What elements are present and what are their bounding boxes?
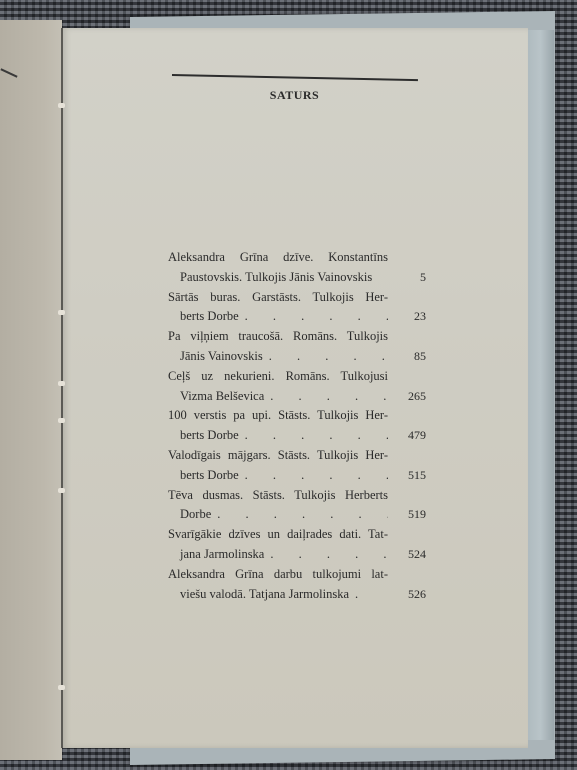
toc-entry-title: Pa viļņiem traucošā. Romāns. Tulkojis — [168, 327, 388, 347]
toc-entry-title: Ceļš uz nekurieni. Romāns. Tulkojusi — [168, 367, 388, 387]
leader-dots: . . . . . . . . . — [239, 307, 388, 327]
toc-entry-title: Aleksandra Grīna dzīve. Konstantīns — [168, 248, 388, 268]
toc-page-number: 85 — [396, 347, 426, 367]
leader-dots: . . . . . . . . . . — [211, 505, 388, 525]
toc-page-number: 479 — [396, 426, 426, 446]
toc-page-number: 515 — [396, 466, 426, 486]
binding-stitch — [58, 488, 65, 493]
toc-entry-title: Svarīgākie dzīves un daiļrades dati. Tat… — [168, 525, 388, 545]
toc-entry-title: Sārtās buras. Garstāsts. Tulkojis Her- — [168, 288, 388, 308]
toc-page-number: 519 — [396, 505, 426, 525]
binding-stitch — [58, 685, 65, 690]
toc-entry: Aleksandra Grīna darbu tulkojumi lat- vi… — [168, 565, 388, 605]
binding-stitch — [58, 310, 65, 315]
binding-stitch — [58, 103, 65, 108]
binding-stitch — [58, 381, 65, 386]
toc-entry: Pa viļņiem traucošā. Romāns. Tulkojis Jā… — [168, 327, 388, 367]
toc-entry-author-line: berts Dorbe. . . . . . . . . — [168, 307, 388, 327]
toc-page-number: 23 — [396, 307, 426, 327]
toc-entry-title: Tēva dusmas. Stāsts. Tulkojis Herberts — [168, 486, 388, 506]
leader-dots: . . . . . . . — [264, 545, 388, 565]
toc-entry: Svarīgākie dzīves un daiļrades dati. Tat… — [168, 525, 388, 565]
toc-entry: 100 verstis pa upi. Stāsts. Tulkojis Her… — [168, 406, 388, 446]
toc-entry-author-line: Dorbe. . . . . . . . . . — [168, 505, 388, 525]
leader-dots: . . . . . . . — [264, 387, 388, 407]
toc-entry-author-line: Paustovskis. Tulkojis Jānis Vainovskis — [168, 268, 388, 288]
leader-dots — [372, 268, 388, 288]
toc-entry-author-line: berts Dorbe. . . . . . . . — [168, 466, 388, 486]
toc-entry-author-line: Jānis Vainovskis. . . . . . . — [168, 347, 388, 367]
toc-page-number: 526 — [396, 585, 426, 605]
toc-entry-text: jana Jarmolinska — [180, 545, 264, 565]
table-of-contents: Aleksandra Grīna dzīve. Konstantīns Paus… — [168, 248, 388, 604]
toc-entry: Valodīgais mājgars. Stāsts. Tulkojis Her… — [168, 446, 388, 486]
toc-entry-text: berts Dorbe — [180, 466, 239, 486]
binding-stitch — [58, 418, 65, 423]
book-spine — [61, 28, 63, 748]
toc-page-number: 524 — [396, 545, 426, 565]
toc-page-number: 5 — [396, 268, 426, 288]
toc-entry-author-line: Vizma Belševica. . . . . . . — [168, 387, 388, 407]
toc-entry: Sārtās buras. Garstāsts. Tulkojis Her- b… — [168, 288, 388, 328]
toc-entry-text: Dorbe — [180, 505, 211, 525]
toc-entry-author-line: viešu valodā. Tatjana Jarmolinska. — [168, 585, 388, 605]
toc-entry: Tēva dusmas. Stāsts. Tulkojis Herberts D… — [168, 486, 388, 526]
leader-dots: . . . . . . . . — [239, 466, 388, 486]
toc-entry: Ceļš uz nekurieni. Romāns. Tulkojusi Viz… — [168, 367, 388, 407]
leader-dots: . — [349, 585, 388, 605]
toc-entry: Aleksandra Grīna dzīve. Konstantīns Paus… — [168, 248, 388, 288]
toc-entry-author-line: jana Jarmolinska. . . . . . . — [168, 545, 388, 565]
toc-entry-title: 100 verstis pa upi. Stāsts. Tulkojis Her… — [168, 406, 388, 426]
page-title: SATURS — [0, 88, 577, 103]
toc-entry-text: Paustovskis. Tulkojis Jānis Vainovskis — [180, 268, 372, 288]
leader-dots: . . . . . . . . — [239, 426, 388, 446]
toc-entry-author-line: berts Dorbe. . . . . . . . — [168, 426, 388, 446]
toc-page-number: 265 — [396, 387, 426, 407]
toc-entry-text: berts Dorbe — [180, 426, 239, 446]
toc-entry-text: Jānis Vainovskis — [180, 347, 263, 367]
toc-entry-title: Aleksandra Grīna darbu tulkojumi lat- — [168, 565, 388, 585]
leader-dots: . . . . . . . — [263, 347, 388, 367]
toc-entry-text: berts Dorbe — [180, 307, 239, 327]
toc-entry-text: Vizma Belševica — [180, 387, 264, 407]
left-page-mark — [0, 68, 17, 77]
left-page — [0, 20, 62, 760]
toc-entry-title: Valodīgais mājgars. Stāsts. Tulkojis Her… — [168, 446, 388, 466]
toc-entry-text: viešu valodā. Tatjana Jarmolinska — [180, 585, 349, 605]
